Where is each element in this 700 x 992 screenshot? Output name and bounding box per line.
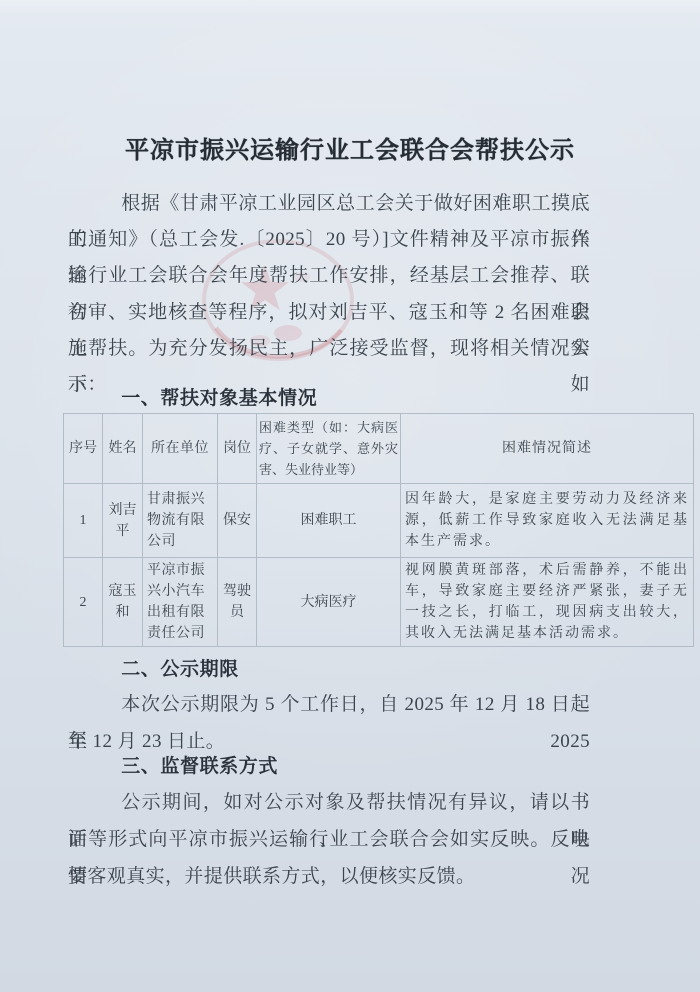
col-header-serial: 序号 <box>64 414 103 484</box>
table-row: 2 寇玉和 平凉市振兴小汽车出租有限责任公司 驾驶员 大病医疗 视网膜黄斑部落，… <box>64 558 694 647</box>
intro-line: 输行业工会联合会年度帮扶工作安排，经基层工会推荐、联合会 <box>68 258 590 294</box>
cell-post: 保安 <box>218 484 257 558</box>
cell-unit: 平凉市振兴小汽车出租有限责任公司 <box>143 558 218 647</box>
period-line: 本次公示期限为 5 个工作日，自 2025 年 12 月 18 日起至 2025 <box>68 686 590 723</box>
section-heading-publicity-period: 二、公示期限 <box>68 658 590 682</box>
cell-unit: 甘肃振兴物流有限公司 <box>143 484 218 558</box>
contact-line: 话等形式向平凉市振兴运输行业工会联合会如实反映。反映情况 <box>68 821 590 858</box>
table-header-row: 序号 姓名 所在单位 岗位 困难类型（如：大病医疗、子女就学、意外灾害、失业待业… <box>64 414 694 484</box>
intro-line: 初审、实地核查等程序，拟对刘吉平、寇玉和等 2 名困难职工实 <box>68 295 590 331</box>
cell-name: 刘吉平 <box>103 484 143 558</box>
cell-difficulty-desc: 视网膜黄斑部落，术后需静养，不能出车，导致家庭主要经济严紧张，妻子无一技之长，打… <box>401 558 694 647</box>
col-header-unit: 所在单位 <box>143 414 218 484</box>
cell-name: 寇玉和 <box>103 558 143 647</box>
table-row: 1 刘吉平 甘肃振兴物流有限公司 保安 困难职工 因年龄大，是家庭主要劳动力及经… <box>64 484 694 558</box>
cell-difficulty-desc: 因年龄大，是家庭主要劳动力及经济来源，低薪工作导致家庭收入无法满足基本生产需求。 <box>401 484 694 558</box>
col-header-difficulty-type: 困难类型（如：大病医疗、子女就学、意外灾害、失业待业等） <box>257 414 401 484</box>
scanned-notice-page: 平凉市振兴运输行业工会联合会帮扶公示 根据《甘肃平凉工业园区总工会关于做好困难职… <box>0 0 700 992</box>
aid-recipients-table: 序号 姓名 所在单位 岗位 困难类型（如：大病医疗、子女就学、意外灾害、失业待业… <box>63 413 694 647</box>
cell-serial: 1 <box>64 484 103 558</box>
intro-paragraph: 根据《甘肃平凉工业园区总工会关于做好困难职工摸底工作 的通知》（总工会发.〔20… <box>68 186 590 403</box>
page-title: 平凉市振兴运输行业工会联合会帮扶公示 <box>0 133 700 169</box>
col-header-name: 姓名 <box>103 414 143 484</box>
supervision-contact-paragraph: 公示期间，如对公示对象及帮扶情况有异议，请以书面、电 话等形式向平凉市振兴运输行… <box>68 784 590 895</box>
cell-difficulty-type: 大病医疗 <box>257 558 401 647</box>
section-heading-basic-info: 一、帮扶对象基本情况 <box>68 387 590 411</box>
intro-line: 根据《甘肃平凉工业园区总工会关于做好困难职工摸底工作 <box>68 186 590 222</box>
intro-line: 施帮扶。为充分发扬民主，广泛接受监督，现将相关情况公示如 <box>68 331 590 367</box>
cell-difficulty-type: 困难职工 <box>257 484 401 558</box>
col-header-post: 岗位 <box>218 414 257 484</box>
section-heading-supervision-contact: 三、监督联系方式 <box>68 755 590 779</box>
cell-post: 驾驶员 <box>218 558 257 647</box>
cell-serial: 2 <box>64 558 103 647</box>
intro-line: 的通知》（总工会发.〔2025〕20 号）]文件精神及平凉市振兴运 <box>68 222 590 258</box>
col-header-difficulty-desc: 困难情况简述 <box>401 414 694 484</box>
contact-line: 公示期间，如对公示对象及帮扶情况有异议，请以书面、电 <box>68 784 590 821</box>
publicity-period-paragraph: 本次公示期限为 5 个工作日，自 2025 年 12 月 18 日起至 2025… <box>68 686 590 760</box>
